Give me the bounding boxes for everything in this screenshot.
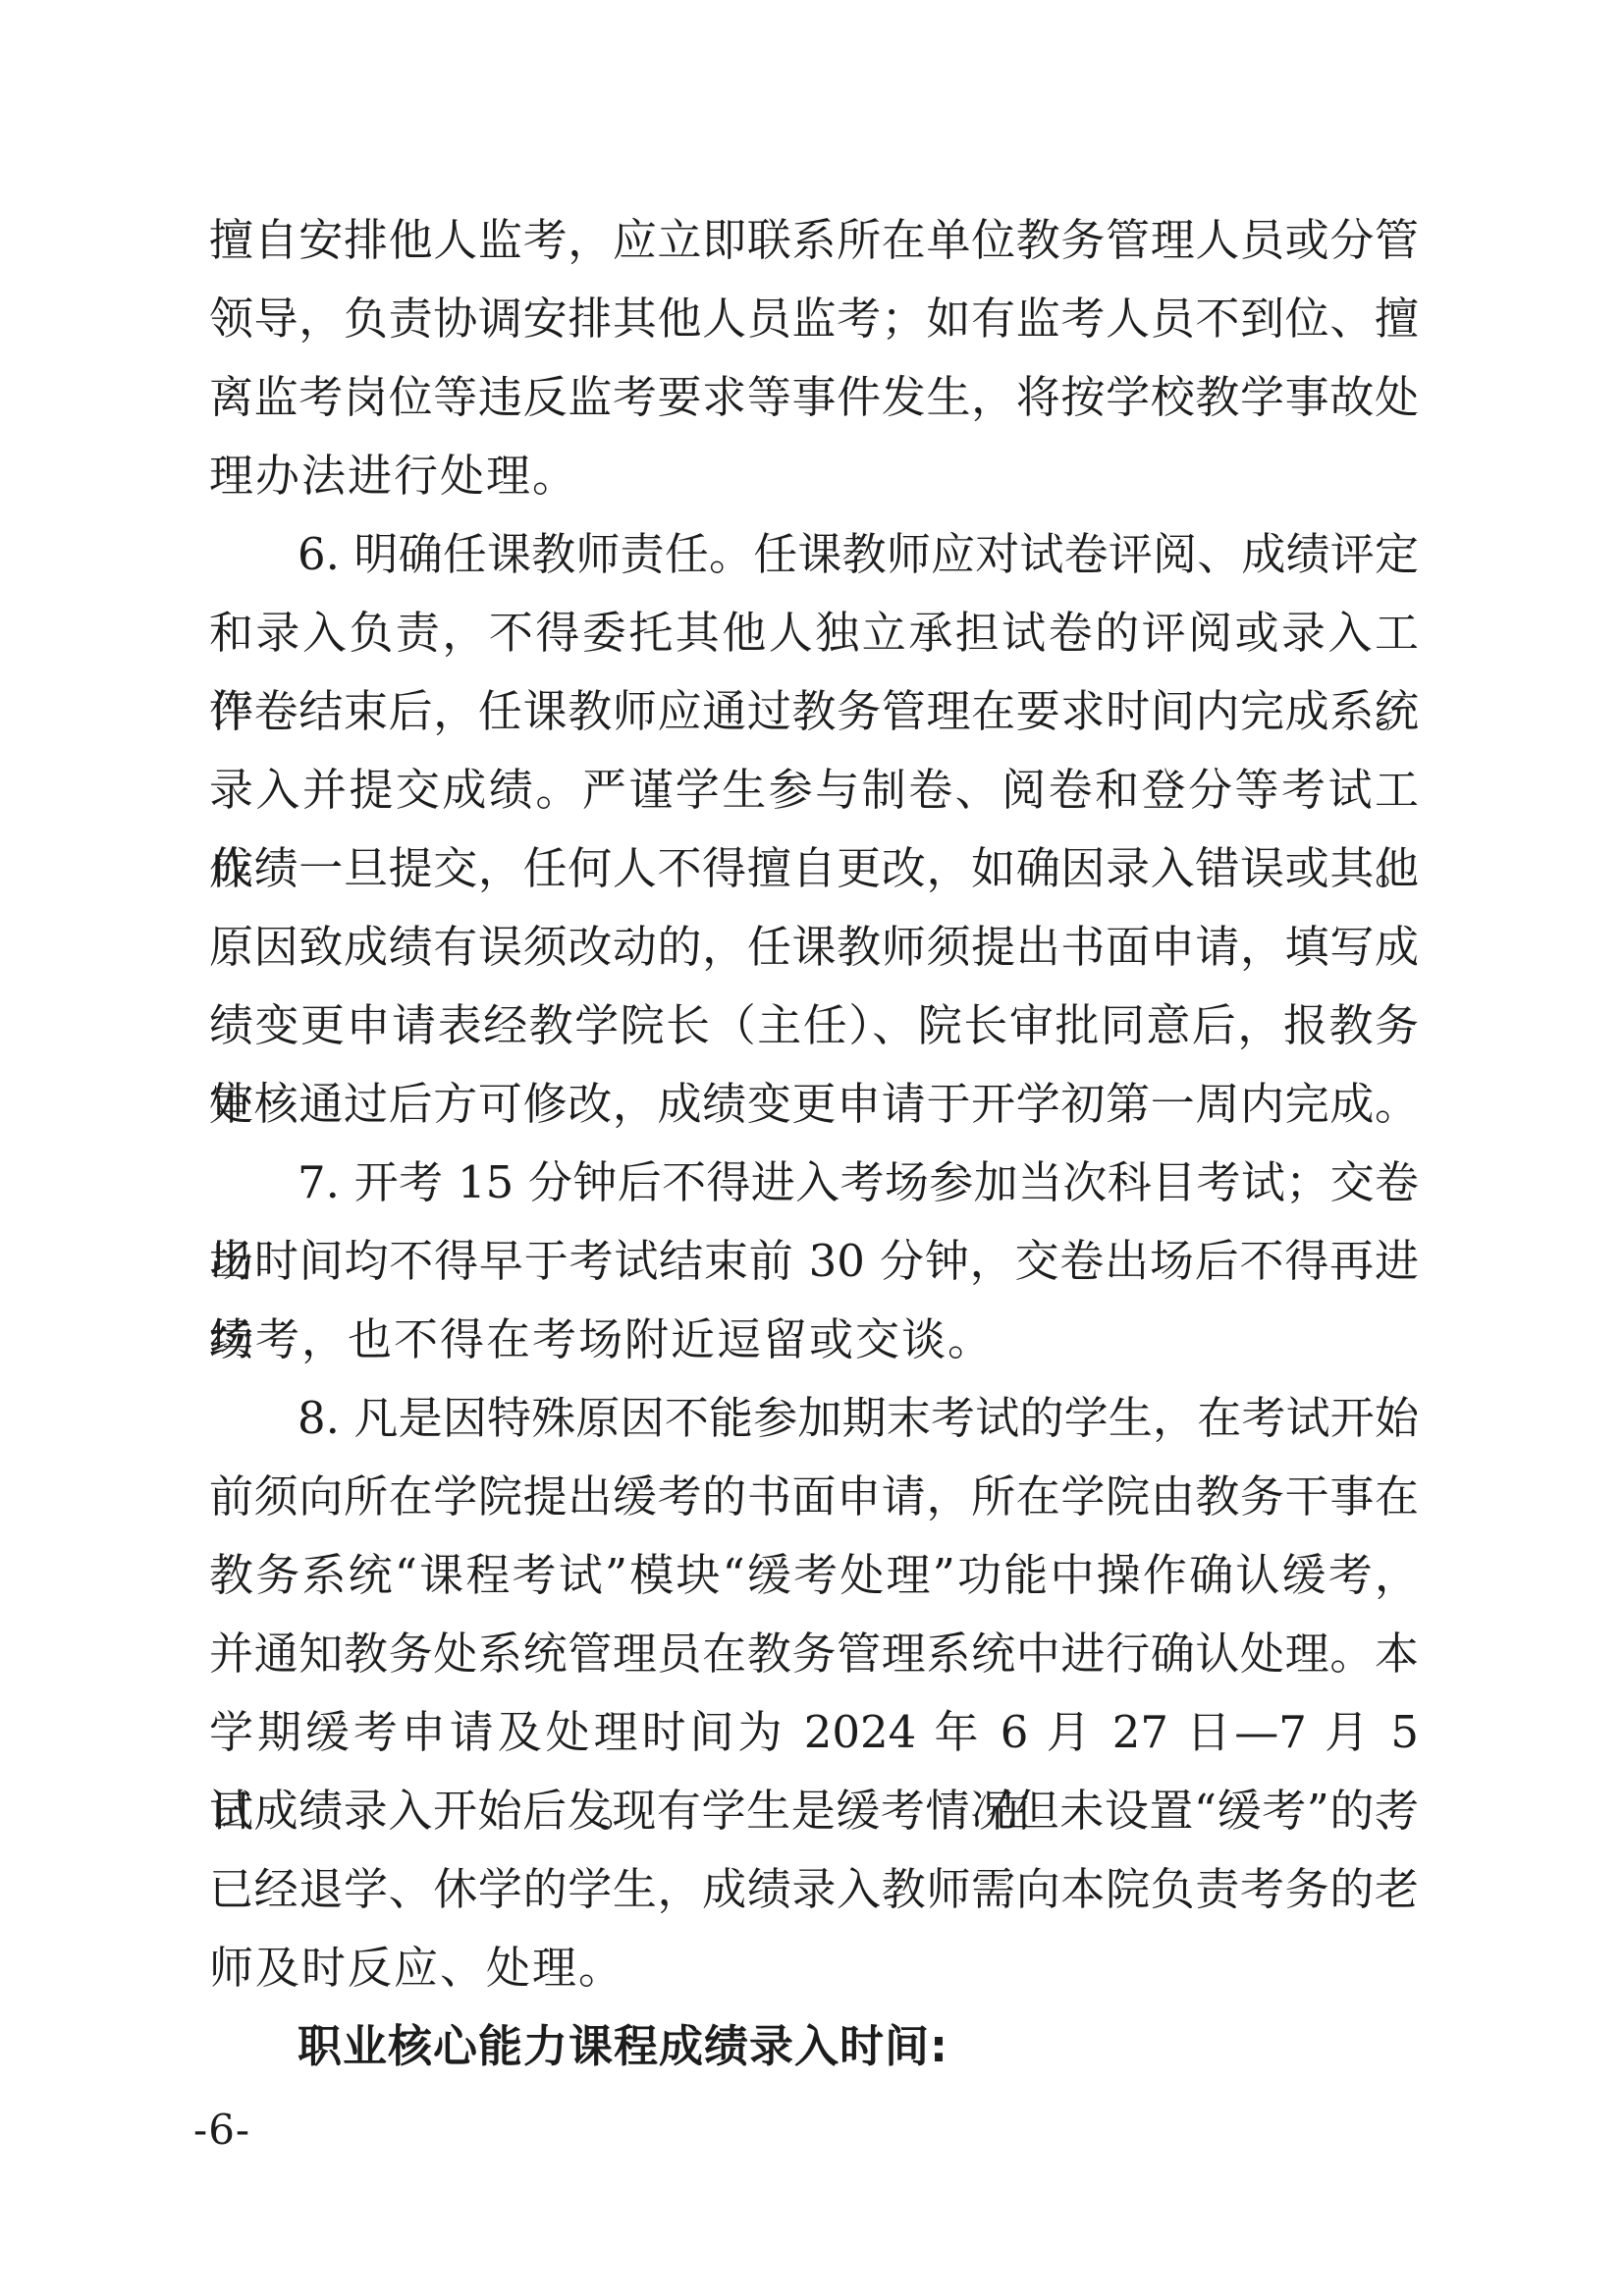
text-line: 场时间均不得早于考试结束前 30 分钟，交卷出场后不得再进场: [209, 1222, 1419, 1301]
text-line: 领导，负责协调安排其他人员监考；如有监考人员不到位、擅: [209, 280, 1419, 358]
text-line: 审核通过后方可修改，成绩变更申请于开学初第一周内完成。: [209, 1065, 1419, 1144]
text-line: 已经退学、休学的学生，成绩录入教师需向本院负责考务的老: [209, 1850, 1419, 1929]
text-line: 7. 开考 15 分钟后不得进入考场参加当次科目考试；交卷出: [209, 1144, 1419, 1222]
text-line: 绩变更申请表经教学院长（主任）、院长审批同意后，报教务处: [209, 987, 1419, 1065]
text-line: 评卷结束后，任课教师应通过教务管理在要求时间内完成系统: [209, 672, 1419, 751]
text-line: 师及时反应、处理。: [209, 1929, 1419, 2007]
text-line: 擅自安排他人监考，应立即联系所在单位教务管理人员或分管: [209, 201, 1419, 280]
text-line: 续考，也不得在考场附近逗留或交谈。: [209, 1301, 1419, 1379]
text-line: 录入并提交成绩。严谨学生参与制卷、阅卷和登分等考试工作。: [209, 751, 1419, 829]
text-line: 原因致成绩有误须改动的，任课教师须提出书面申请，填写成: [209, 908, 1419, 987]
text-line: 教务系统“课程考试”模块“缓考处理”功能中操作确认缓考，: [209, 1536, 1419, 1615]
text-line: 理办法进行处理。: [209, 437, 1419, 515]
text-line: 6. 明确任课教师责任。任课教师应对试卷评阅、成绩评定: [209, 515, 1419, 594]
text-line: 前须向所在学院提出缓考的书面申请，所在学院由教务干事在: [209, 1458, 1419, 1536]
text-line: 和录入负责，不得委托其他人独立承担试卷的评阅或录入工作。: [209, 594, 1419, 672]
page-number: -6-: [193, 2107, 250, 2154]
text-line: 成绩一旦提交，任何人不得擅自更改，如确因录入错误或其他: [209, 829, 1419, 908]
text-line: 8. 凡是因特殊原因不能参加期末考试的学生，在考试开始: [209, 1379, 1419, 1458]
text-line: 并通知教务处系统管理员在教务管理系统中进行确认处理。本: [209, 1615, 1419, 1693]
text-line: 试成绩录入开始后发现有学生是缓考情况但未设置“缓考”的、: [209, 1772, 1419, 1850]
section-heading: 职业核心能力课程成绩录入时间:: [209, 2007, 1419, 2086]
text-line: 离监考岗位等违反监考要求等事件发生，将按学校教学事故处: [209, 358, 1419, 437]
text-line: 学期缓考申请及处理时间为 2024 年 6 月 27 日—7 月 5 日。在考: [209, 1693, 1419, 1772]
document-page: 擅自安排他人监考，应立即联系所在单位教务管理人员或分管 领导，负责协调安排其他人…: [0, 0, 1624, 2296]
document-body: 擅自安排他人监考，应立即联系所在单位教务管理人员或分管 领导，负责协调安排其他人…: [209, 201, 1419, 2086]
